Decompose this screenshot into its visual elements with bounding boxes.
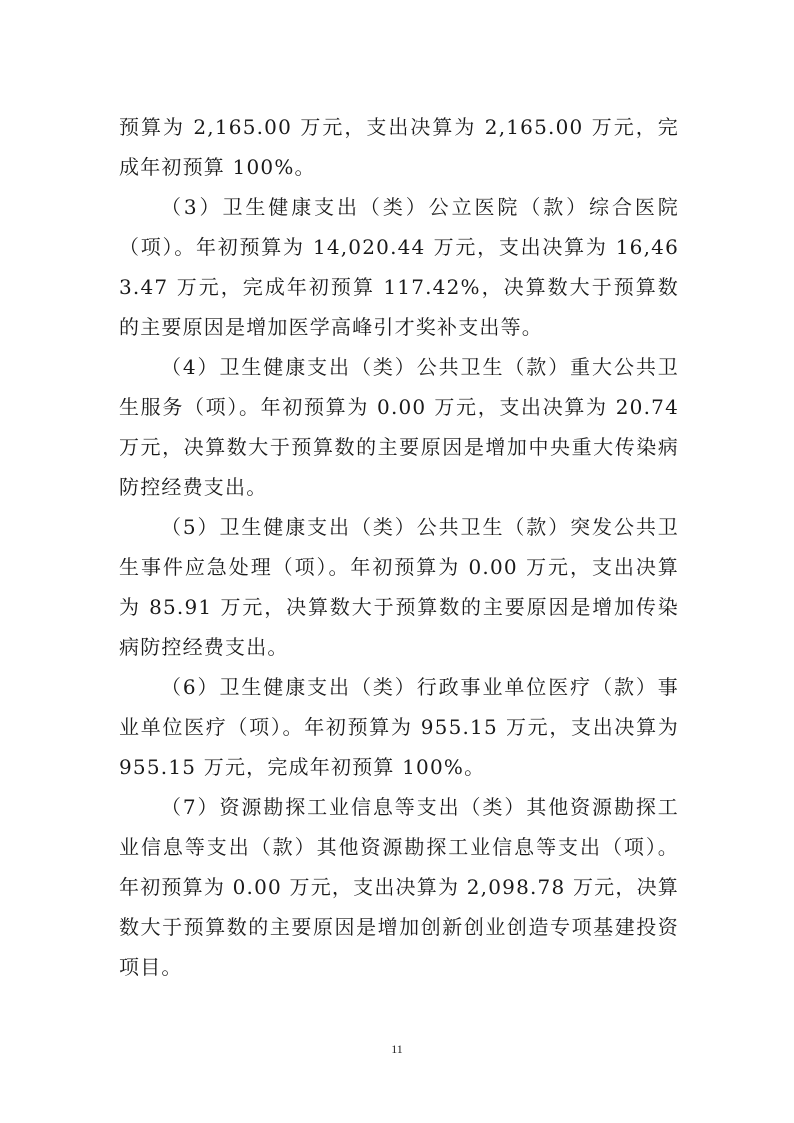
page-number: 11 bbox=[0, 1042, 794, 1057]
paragraph-item-4: （4）卫生健康支出（类）公共卫生（款）重大公共卫生服务（项）。年初预算为 0.0… bbox=[119, 347, 679, 507]
paragraph-item-3: （3）卫生健康支出（类）公立医院（款）综合医院（项）。年初预算为 14,020.… bbox=[119, 187, 679, 347]
paragraph-item-6: （6）卫生健康支出（类）行政事业单位医疗（款）事业单位医疗（项）。年初预算为 9… bbox=[119, 667, 679, 787]
paragraph-continuation: 预算为 2,165.00 万元，支出决算为 2,165.00 万元，完成年初预算… bbox=[119, 107, 679, 187]
paragraph-item-7: （7）资源勘探工业信息等支出（类）其他资源勘探工业信息等支出（款）其他资源勘探工… bbox=[119, 787, 679, 987]
paragraph-item-5: （5）卫生健康支出（类）公共卫生（款）突发公共卫生事件应急处理（项）。年初预算为… bbox=[119, 507, 679, 667]
document-body: 预算为 2,165.00 万元，支出决算为 2,165.00 万元，完成年初预算… bbox=[119, 107, 679, 987]
